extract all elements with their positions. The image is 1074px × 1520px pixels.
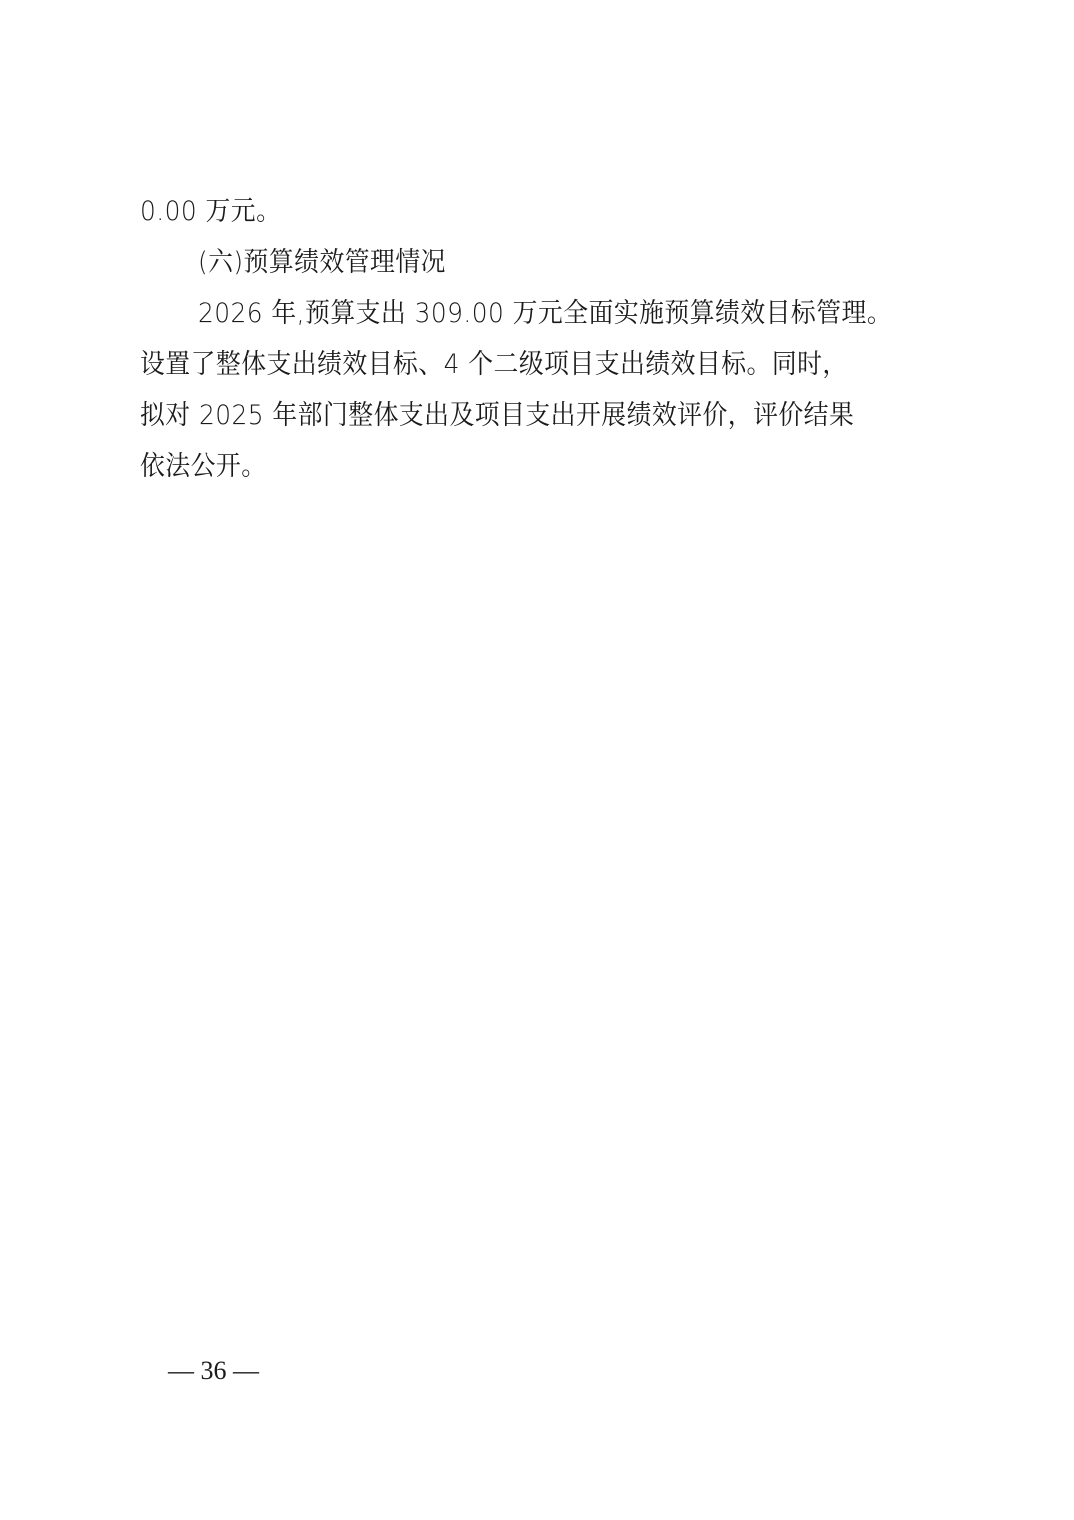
paragraph-line-3: 拟对 2025 年部门整体支出及项目支出开展绩效评价，评价结果 xyxy=(140,390,876,441)
section-heading: (六)预算绩效管理情况 xyxy=(140,237,876,288)
document-body: 0.00 万元。 (六)预算绩效管理情况 2026 年,预算支出 309.00 … xyxy=(140,186,940,492)
paragraph-line-1: 2026 年,预算支出 309.00 万元全面实施预算绩效目标管理。 xyxy=(140,288,876,339)
paragraph-line-2: 设置了整体支出绩效目标、4 个二级项目支出绩效目标。同时， xyxy=(140,339,876,390)
page-number: — 36 — xyxy=(168,1356,259,1386)
paragraph-line-4: 依法公开。 xyxy=(140,441,876,492)
paragraph-continuation-line: 0.00 万元。 xyxy=(140,186,876,237)
